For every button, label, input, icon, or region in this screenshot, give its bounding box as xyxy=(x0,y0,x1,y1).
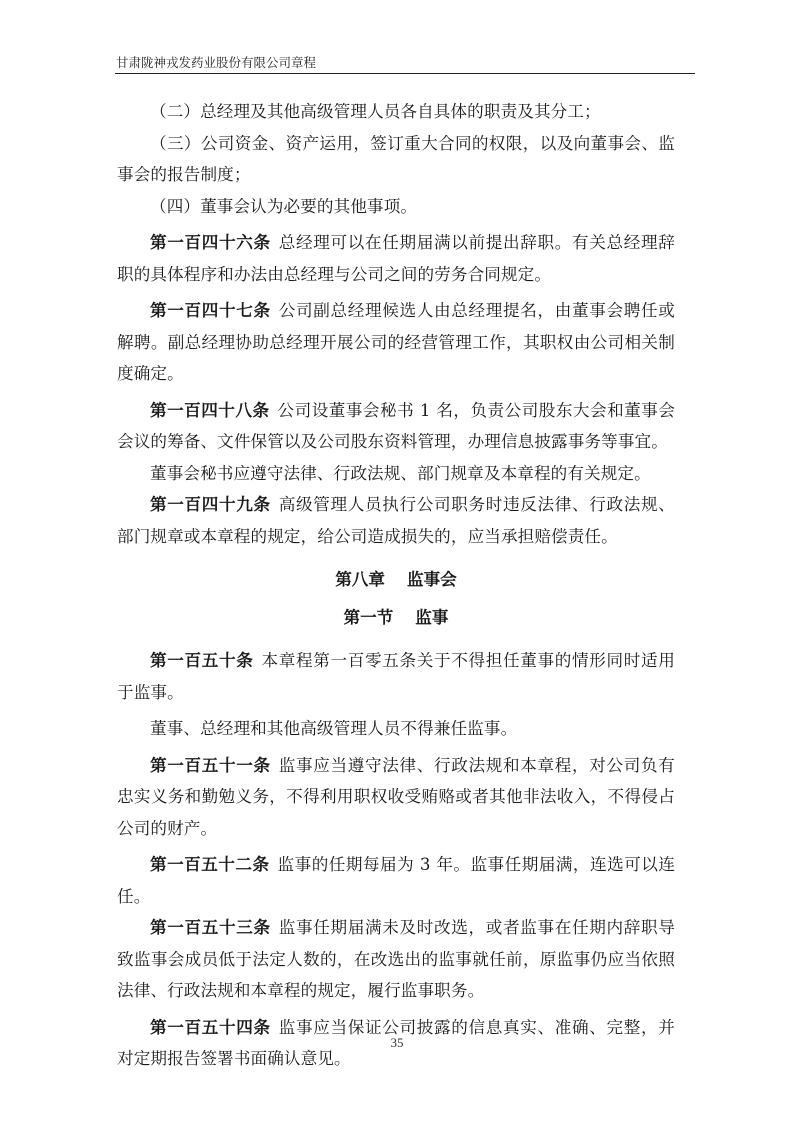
article-number: 第一百五十二条 xyxy=(150,855,270,874)
chapter-number: 第八章 xyxy=(335,570,385,589)
document-body: （二）总经理及其他高级管理人员各自具体的职责及其分工； （三）公司资金、资产运用… xyxy=(117,96,675,1075)
article-number: 第一百五十三条 xyxy=(150,918,271,937)
paragraph-no-concurrent-role: 董事、总经理和其他高级管理人员不得兼任监事。 xyxy=(117,713,675,745)
list-item-3: （三）公司资金、资产运用，签订重大合同的权限，以及向董事会、监事会的报告制度； xyxy=(117,128,675,191)
section-title: 监事 xyxy=(415,608,448,627)
article-number: 第一百五十一条 xyxy=(150,756,271,775)
article-number: 第一百五十四条 xyxy=(150,1018,271,1037)
list-item-4: （四）董事会认为必要的其他事项。 xyxy=(117,191,675,223)
header-divider xyxy=(115,73,695,74)
article-number: 第一百四十八条 xyxy=(150,401,270,420)
list-item-2: （二）总经理及其他高级管理人员各自具体的职责及其分工； xyxy=(117,96,675,128)
running-header: 甘肃陇神戎发药业股份有限公司章程 xyxy=(116,55,694,71)
article-152: 第一百五十二条监事的任期每届为 3 年。监事任期届满，连选可以连任。 xyxy=(117,849,675,912)
article-number: 第一百四十七条 xyxy=(150,301,271,320)
page-number: 35 xyxy=(0,1035,794,1051)
article-149: 第一百四十九条高级管理人员执行公司职务时违反法律、行政法规、部门规章或本章程的规… xyxy=(117,489,675,552)
paragraph-secretary-rules: 董事会秘书应遵守法律、行政法规、部门规章及本章程的有关规定。 xyxy=(117,458,675,490)
article-148: 第一百四十八条公司设董事会秘书 1 名，负责公司股东大会和董事会会议的筹备、文件… xyxy=(117,395,675,458)
chapter-heading: 第八章监事会 xyxy=(117,564,675,596)
article-number: 第一百五十条 xyxy=(150,651,254,670)
article-151: 第一百五十一条监事应当遵守法律、行政法规和本章程，对公司负有忠实义务和勤勉义务，… xyxy=(117,750,675,845)
article-146: 第一百四十六条总经理可以在任期届满以前提出辞职。有关总经理辞职的具体程序和办法由… xyxy=(117,227,675,290)
section-number: 第一节 xyxy=(344,608,394,627)
section-heading: 第一节监事 xyxy=(117,602,675,634)
article-number: 第一百四十九条 xyxy=(150,495,271,514)
article-153: 第一百五十三条监事任期届满未及时改选，或者监事在任期内辞职导致监事会成员低于法定… xyxy=(117,912,675,1007)
article-number: 第一百四十六条 xyxy=(150,233,271,252)
chapter-title: 监事会 xyxy=(407,570,457,589)
article-150: 第一百五十条本章程第一百零五条关于不得担任董事的情形同时适用于监事。 xyxy=(117,645,675,708)
article-147: 第一百四十七条公司副总经理候选人由总经理提名，由董事会聘任或解聘。副总经理协助总… xyxy=(117,295,675,390)
